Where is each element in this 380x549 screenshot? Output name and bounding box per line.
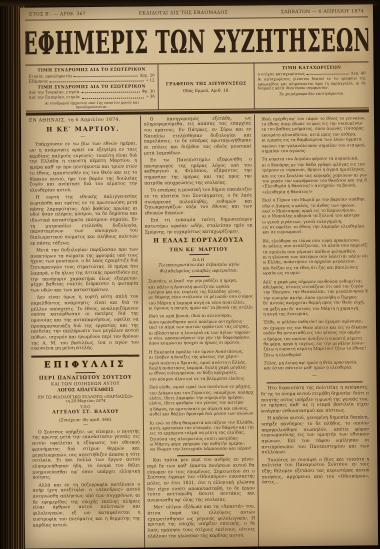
editorial-paragraph: Υπάρχουσιν εν τω βίω των εθνών ημέραι, ω… [29,142,137,194]
feuilleton-paragraph: Η κηδεία αυτού, γενομένη δημοσία δαπάνη,… [261,416,369,457]
direction-office-box: ΓΡΑΦΕΙΟΝ ΤΗΣ ΔΙΕΥΘΥΝΣΕΩΣ Οδός Ερμού, Αρι… [157,63,253,109]
news-body: Ο πανηγυρισμός εξετάθη, ως πληροφορούμεθ… [144,116,253,236]
ode-stanza: Πού είσθε, σκιαί ιεραί των πεσόντων εν μ… [146,384,254,417]
verse-line: ανθεί και θάλλει δροσερά διά μέσου των α… [146,411,254,417]
feuilleton-body: Ο Σούτσος υπήρξεν, ως είπομεν, ο ποιητής… [32,429,141,528]
feuilleton-body: Ήτο δικαιοτάτη της πολιτείας η απόφασις,… [261,386,370,487]
price-label: Εξάμηνος [29,78,48,83]
ode-stanza: Τα κύματα του Αιγαίου φέρουν τα πυρπολικ… [259,156,367,195]
office-title: ΓΡΑΦΕΙΟΝ ΤΗΣ ΔΙΕΥΘΥΝΣΕΩΣ [162,80,251,86]
verse-line: σημαίαν του αγώνος. [259,147,367,153]
ode-stanza: Η Εκκλησία έψαλλε τον ύμνον Αναστάσεως,κ… [146,348,254,381]
verse-line: και έσται πάντοτε μεθ' ημών η ελευθερία. [261,365,369,371]
feuilleton-paragraph: Μετ' ολίγον εξέδωκε και τα «Άπαντά» του,… [147,505,255,540]
ode-stanza: Κι ενώ τα έθνη θαυμαστά κοιτάζουν την Ελ… [147,419,255,452]
issue-date: ΣΑΒΒΑΤΟΝ — 6 ΑΠΡΙΛΙΟΥ 1874 [281,9,364,15]
feuilleton-paragraph: Ήτο δικαιοτάτη της πολιτείας η απόφασις,… [261,386,369,416]
insertions-note: Αι καταχωρίσεις γίνονται δεκταί εν τω γρ… [258,76,366,91]
ode-dedication: Τω πανιερωτάτω και σεβασμίω αγίω Φιλαδελ… [149,263,249,275]
office-address: Οδός Ερμού, Αριθ. 18. [162,88,251,94]
news-paragraph: Το εσπέρας η μουσική του δήμου επαιάνιζε… [144,188,252,218]
verse-line: «ελευθερία ή θάνατος!» [259,188,367,194]
price-label: ο στίχος καταχωρίσεως [258,70,305,76]
verse-line: του κόσμου όλου επί σε τα βλέμματα ελκύε… [146,375,254,381]
ode-title: Η ΕΛΛΑΣ ΕΟΡΤΑΖΟΥΣΑ [145,238,253,246]
column-3: Ιδού, ηγέρθη απ' τον τάφον το έθνος το γ… [254,113,373,547]
feuilleton-paragraph: Αλλά και εν τη πεζογραφία κατέλιπεν ο αν… [32,482,140,529]
manuscripts-note: Τα χειρόγραφα δεν επιστρέφονται. [258,92,366,98]
newspaper-title: ΕΦΗΜΕΡΙΣ ΤΩΝ ΣΥΖΗΤΗΣΕΩΝ [25,20,368,61]
price-value: » 12 [146,77,155,82]
verse-line: και σε ευγνωμονεί. [259,229,367,235]
subscription-prices-box: ΤΙΜΗ ΣΥΝΔΡΟΜΗΣ ΔΙΑ ΤΟ ΕΣΩΤΕΡΙΚΟΝ Ετησία,… [25,64,157,110]
mini-rule [189,254,209,255]
mini-rule [75,372,95,373]
issue-number: ΕΤΟΣ Β′. — ΑΡΙΘ. 367 [29,12,86,18]
article-columns: ΕΝ ΑΘΗΝΑΙΣ, τη 6 Απριλίου 1874. Η ΚΕ′ ΜΑ… [26,113,373,549]
subscription-info-bar: ΤΙΜΗ ΣΥΝΔΡΟΜΗΣ ΔΙΑ ΤΟ ΕΣΩΤΕΡΙΚΟΝ Ετησία,… [25,61,368,111]
feuilleton-paragraph: Και ταύτα μεν περί του ανδρός εν γένει· … [147,458,255,505]
verse-line: η αυγή της λευτεριάς. [260,310,368,316]
feuilleton-paragraph: Τοιούτος εν συνόψει ο βίος και τοιαύτη η… [262,457,370,487]
feuilleton-author: ΑΓΓΕΛΟΥ ΣΤ. ΒΛΑΧΟΥ [32,409,140,416]
ode-stanza: Έλθε, ω μέλλον ποθητόν! αν έχωμεν ομόνοι… [260,319,368,358]
price-value: Λεπ. 40 [351,70,366,75]
column-2: Ο πανηγυρισμός εξετάθη, ως πληροφορούμεθ… [140,114,259,548]
editorial-paragraph: Μετά την δοξολογίαν παρήλασαν προ των αν… [30,248,138,295]
masthead: ΕΦΗΜΕΡΙΣ ΤΩΝ ΣΥΖΗΤΗΣΕΩΝ [25,17,368,64]
ode-stanza: Ιδού τα ιερά βουνά, ιδού αι κλεισούραι,ό… [146,313,254,346]
newspaper-page: ΕΤΟΣ Β′. — ΑΡΙΘ. 367 ΕΚΔΙΔΟΤΑΙ ΔΙΣ ΤΗΣ Ε… [20,4,378,548]
ode-stanza: Ιδού, ηγέρθη απ' τον τάφον το έθνος το γ… [258,115,366,154]
ode-genre: ΩΔΗ [145,256,253,262]
divider-dash: — [29,135,137,141]
verse-line: κι ύμνους η πατρίς ημών απ' τα βουνά της… [145,305,253,311]
news-paragraph: Ο πανηγυρισμός εξετάθη, ως πληροφορούμεθ… [144,116,252,157]
verse-line: όπου κοιμώνται ήσυχοι οι ήρωες οι πρώτοι… [146,340,254,346]
feuilleton-body: Και ταύτα μεν περί του ανδρός εν γένει· … [147,458,255,540]
rule [267,381,363,383]
divider-dash: — [32,422,140,428]
dotted-leader [82,97,144,99]
dotted-leader [307,73,349,74]
editorial-body: Υπάρχουσιν εν τω βίω των εθνών ημέραι, ω… [29,142,139,353]
price-row: ο στίχος καταχωρίσεως Λεπ. 40 [258,70,366,76]
price-value: » 36 [146,94,155,99]
ode-stanza: Ιδέ, ελεύθερα τα τέκνα σου τώρα προκόπτο… [259,237,367,276]
feuilleton-paragraph: Ο Σούτσος υπήρξεν, ως είπομεν, ο ποιητής… [32,429,140,481]
end-mark: — [261,373,369,379]
verse-line: να ίδωμεν την λευτεριάν λάμπουσαν και πέ… [147,446,255,452]
verse-line: ωραία ως το πριν. [260,270,368,276]
column-1: ΕΝ ΑΘΗΝΑΙΣ, τη 6 Απριλίου 1874. Η ΚΕ′ ΜΑ… [26,115,144,548]
subscription-note: Αι συνδρομαί άρχονται από 1ης εκάστου μη… [29,100,155,109]
verse-line: ζήτω η ελευθερία! [261,351,369,357]
news-paragraph: Επί τη ευκαιρία ταύτη δημοσιεύομεν κατωτ… [145,218,253,236]
ode-stanza: Αλλ' η χαρά μας σήμερον πενθούσα ενθυμεί… [260,278,368,317]
news-paragraph: Εν τω Πανεπιστημίω εξεφωνήθη ο πανηγυρικ… [144,158,252,188]
price-label: Διά την Εσπερίαν, ετησία [29,94,80,100]
insertion-prices-box: ΤΙΜΗ ΚΑΤΑΧΩΡΙΣΕΩΝ ο στίχος καταχωρίσεως … [253,62,368,108]
ode-closing-couplet: Τέλος, μη λείψη αφ' ημών η θεία προστασί… [261,359,369,371]
editorial-paragraph: Δεν είναι όμως η εορτή αύτη απλή του παρ… [31,295,139,353]
feuilleton-kicker: ΕΠΙΦΥΛΛΙΣ [31,359,139,371]
dotted-leader [50,81,144,83]
mini-rule [189,276,209,277]
editorial-paragraph: Η εορτή της εθνικής παλιγγενεσίας εωρτάσ… [30,195,138,247]
feuilleton-subtitle: ΚΑΙ ΤΩΝ ΠΟΙΗΣΕΩΝ ΑΥΤΟΥ [32,381,140,387]
ode-subtitle: ΤΗΝ ΚΕ′ ΜΑΡΤΙΟΥ [145,246,253,253]
verse-line: ζήτω η εικοστή πέμπτη Μαρτίου! ζήτω το έ… [261,346,369,352]
book-photo: ΕΤΟΣ Β′. — ΑΡΙΘ. 367 ΕΚΔΙΔΟΤΑΙ ΔΙΣ ΤΗΣ Ε… [0,0,380,549]
dateline: ΕΝ ΑΘΗΝΑΙΣ, τη 6 Απριλίου 1874. [29,117,137,124]
ode-stanza: Εκεί ο Γέρων του Μωριά με την βαρείαν σπ… [259,197,367,236]
publication-frequency: ΕΚΔΙΔΟΤΑΙ ΔΙΣ ΤΗΣ ΕΒΔΟΜΑΔΟΣ [139,11,228,17]
rule [31,355,139,358]
rule [177,455,225,457]
verse-line: «Ελευθερία ή θάνατος!» αντηχούν τα βουνά… [259,183,367,189]
ode-stanza: Ξυπνάτε, ω λαοί! την γην ροδίζει η ημέρα… [145,278,253,311]
